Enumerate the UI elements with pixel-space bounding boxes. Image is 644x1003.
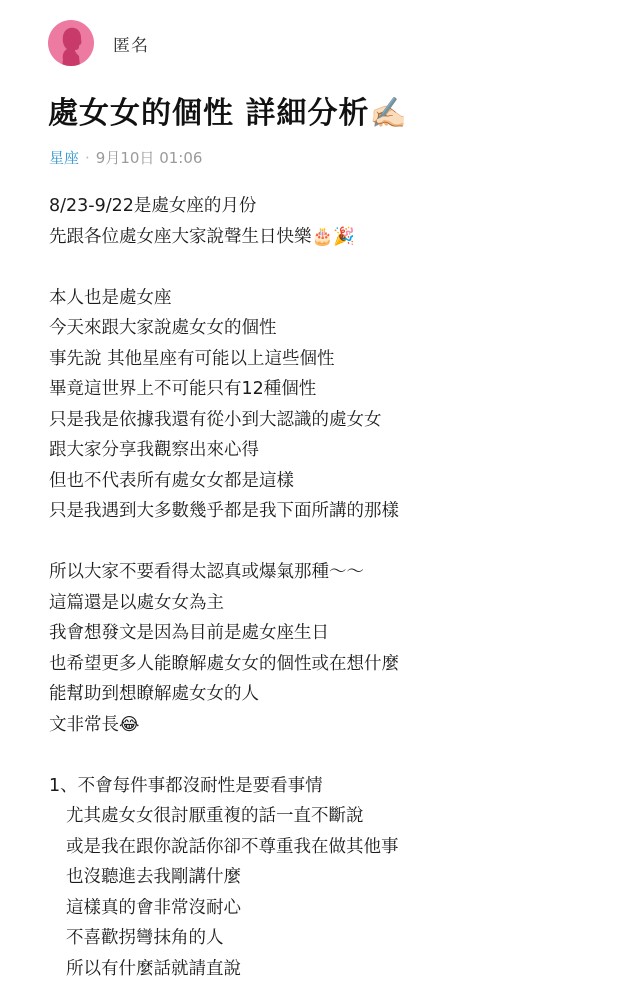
body-line: 只是我是依據我還有從小到大認識的處女女 xyxy=(49,405,399,436)
post-meta: 星座·9月10日 01:06 xyxy=(49,147,202,168)
body-line: 只是我遇到大多數幾乎都是我下面所講的那樣 xyxy=(49,496,399,527)
female-silhouette-avatar-icon xyxy=(48,20,94,66)
body-line: 事先說 其他星座有可能以上這些個性 xyxy=(49,344,399,375)
body-line: 這篇還是以處女女為主 xyxy=(49,588,399,619)
avatar[interactable] xyxy=(48,20,94,66)
body-line: 今天來跟大家說處女女的個性 xyxy=(49,313,399,344)
author-row: 匿名 xyxy=(48,20,149,66)
point-line: 也沒聽進去我剛講什麼 xyxy=(49,862,399,893)
post-body: 8/23-9/22是處女座的月份 先跟各位處女座大家說聲生日快樂🎂🎉 本人也是處… xyxy=(49,191,399,984)
body-line: 文非常長😂 xyxy=(49,710,399,741)
body-line: 先跟各位處女座大家說聲生日快樂🎂🎉 xyxy=(49,222,399,253)
meta-separator: · xyxy=(85,149,90,167)
post-title: 處女女的個性 詳細分析✍🏻 xyxy=(48,88,408,132)
paragraph-break xyxy=(49,740,399,771)
point-line: 或是我在跟你說話你卻不尊重我在做其他事 xyxy=(49,832,399,863)
paragraph-break xyxy=(49,252,399,283)
body-line: 能幫助到想瞭解處女女的人 xyxy=(49,679,399,710)
body-line: 也希望更多人能瞭解處女女的個性或在想什麼 xyxy=(49,649,399,680)
point-line: 不喜歡拐彎抹角的人 xyxy=(49,923,399,954)
author-name[interactable]: 匿名 xyxy=(113,31,149,56)
body-line: 畢竟這世界上不可能只有12種個性 xyxy=(49,374,399,405)
body-line: 跟大家分享我觀察出來心得 xyxy=(49,435,399,466)
body-line: 本人也是處女座 xyxy=(49,283,399,314)
point-heading: 1、不會每件事都沒耐性是要看事情 xyxy=(49,771,399,802)
body-line: 我會想發文是因為目前是處女座生日 xyxy=(49,618,399,649)
body-line: 但也不代表所有處女女都是這樣 xyxy=(49,466,399,497)
point-line: 所以有什麼話就請直說 xyxy=(49,954,399,985)
body-line: 所以大家不要看得太認真或爆氣那種～～ xyxy=(49,557,399,588)
body-line: 8/23-9/22是處女座的月份 xyxy=(49,191,399,222)
paragraph-break xyxy=(49,527,399,558)
post-timestamp: 9月10日 01:06 xyxy=(96,149,203,167)
point-line: 尤其處女女很討厭重複的話一直不斷說 xyxy=(49,801,399,832)
point-line: 這樣真的會非常沒耐心 xyxy=(49,893,399,924)
category-link[interactable]: 星座 xyxy=(49,149,79,167)
